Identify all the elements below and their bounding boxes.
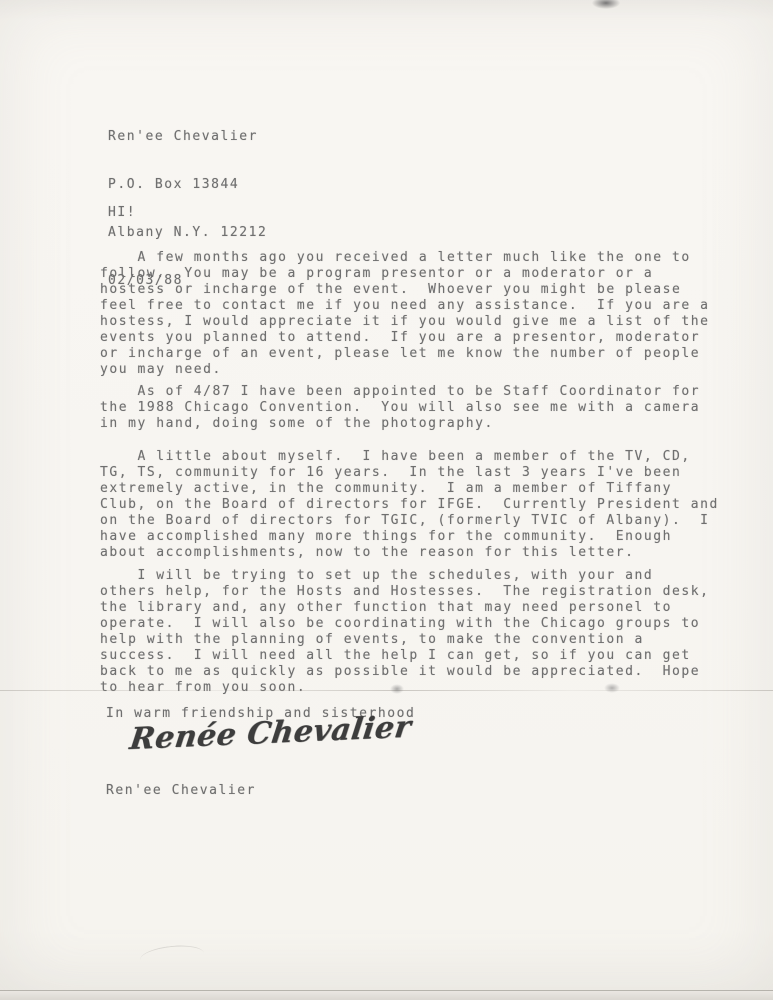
- letter-paragraph-appointment: As of 4/87 I have been appointed to be S…: [100, 384, 745, 432]
- sender-po-box: P.O. Box 13844: [108, 177, 267, 193]
- ink-smudge: [390, 684, 404, 694]
- letter-paragraph-about-myself: A little about myself. I have been a mem…: [100, 449, 745, 561]
- paper-crease-mark: [139, 943, 205, 971]
- scanner-background-strip: [0, 991, 773, 1000]
- salutation: HI!: [108, 205, 136, 221]
- ink-smudge: [604, 683, 620, 693]
- letter-paragraph-intro: A few months ago you received a letter m…: [100, 250, 745, 378]
- letter-paragraph-schedules: I will be trying to set up the schedules…: [100, 568, 745, 696]
- letter-page: Ren'ee Chevalier P.O. Box 13844 Albany N…: [0, 0, 773, 1000]
- sender-city-state-zip: Albany N.Y. 12212: [108, 225, 267, 241]
- ink-smudge-top-edge: [592, 0, 620, 9]
- sender-name: Ren'ee Chevalier: [108, 129, 267, 145]
- typed-sender-name: Ren'ee Chevalier: [106, 783, 256, 799]
- paper-fold-crease: [0, 690, 773, 691]
